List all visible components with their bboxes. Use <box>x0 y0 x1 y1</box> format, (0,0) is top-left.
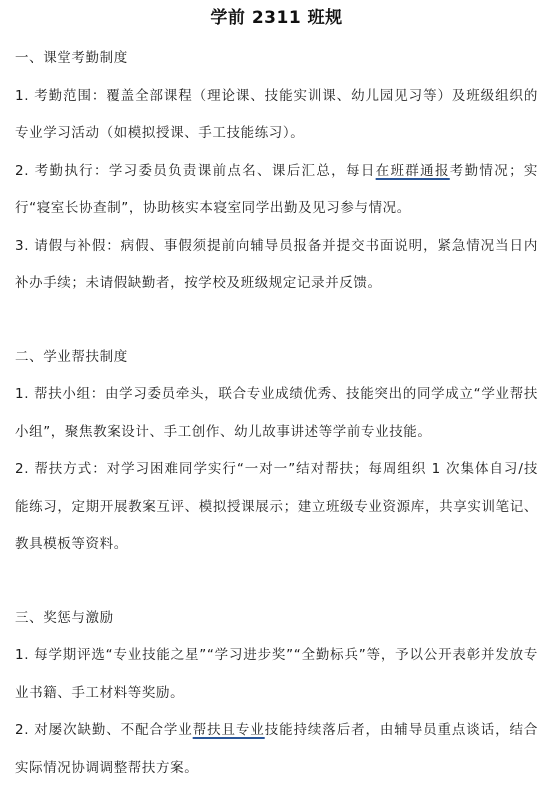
text-segment: 2. 对屡次缺勤、不配合学业 <box>15 722 193 738</box>
paragraph-support-group: 1. 帮扶小组：由学习委员牵头，联合专业成绩优秀、技能突出的同学成立“学业帮扶小… <box>15 376 538 451</box>
spacer <box>15 564 538 600</box>
paragraph-support-method: 2. 帮扶方式：对学习困难同学实行“一对一”结对帮扶；每周组织 1 次集体自习/… <box>15 451 538 564</box>
document-page: 学前 2311 班规 一、课堂考勤制度 1. 考勤范围：覆盖全部课程（理论课、技… <box>0 0 553 797</box>
paragraph-attendance-scope: 1. 考勤范围：覆盖全部课程（理论课、技能实训课、幼儿园见习等）及班级组织的专业… <box>15 78 538 153</box>
section-attendance: 一、课堂考勤制度 1. 考勤范围：覆盖全部课程（理论课、技能实训课、幼儿园见习等… <box>15 40 538 303</box>
document-title: 学前 2311 班规 <box>15 0 538 32</box>
paragraph-leave: 3. 请假与补假：病假、事假须提前向辅导员报备并提交书面说明，紧急情况当日内补办… <box>15 228 538 303</box>
underlined-text: 在班群通报 <box>376 163 450 179</box>
section-rewards: 三、奖惩与激励 1. 每学期评选“专业技能之星”“学习进步奖”“全勤标兵”等，予… <box>15 600 538 788</box>
spacer <box>15 303 538 339</box>
text-segment: 2. 考勤执行：学习委员负责课前点名、课后汇总，每日 <box>15 163 376 179</box>
paragraph-attendance-execution: 2. 考勤执行：学习委员负责课前点名、课后汇总，每日在班群通报考勤情况；实行“寝… <box>15 153 538 228</box>
paragraph-awards: 1. 每学期评选“专业技能之星”“学习进步奖”“全勤标兵”等，予以公开表彰并发放… <box>15 637 538 712</box>
section-heading: 三、奖惩与激励 <box>15 600 538 638</box>
underlined-text: 帮扶且专业 <box>193 722 265 738</box>
section-heading: 一、课堂考勤制度 <box>15 40 538 78</box>
section-academic-support: 二、学业帮扶制度 1. 帮扶小组：由学习委员牵头，联合专业成绩优秀、技能突出的同… <box>15 339 538 564</box>
paragraph-penalties: 2. 对屡次缺勤、不配合学业帮扶且专业技能持续落后者，由辅导员重点谈话，结合实际… <box>15 712 538 787</box>
section-heading: 二、学业帮扶制度 <box>15 339 538 377</box>
